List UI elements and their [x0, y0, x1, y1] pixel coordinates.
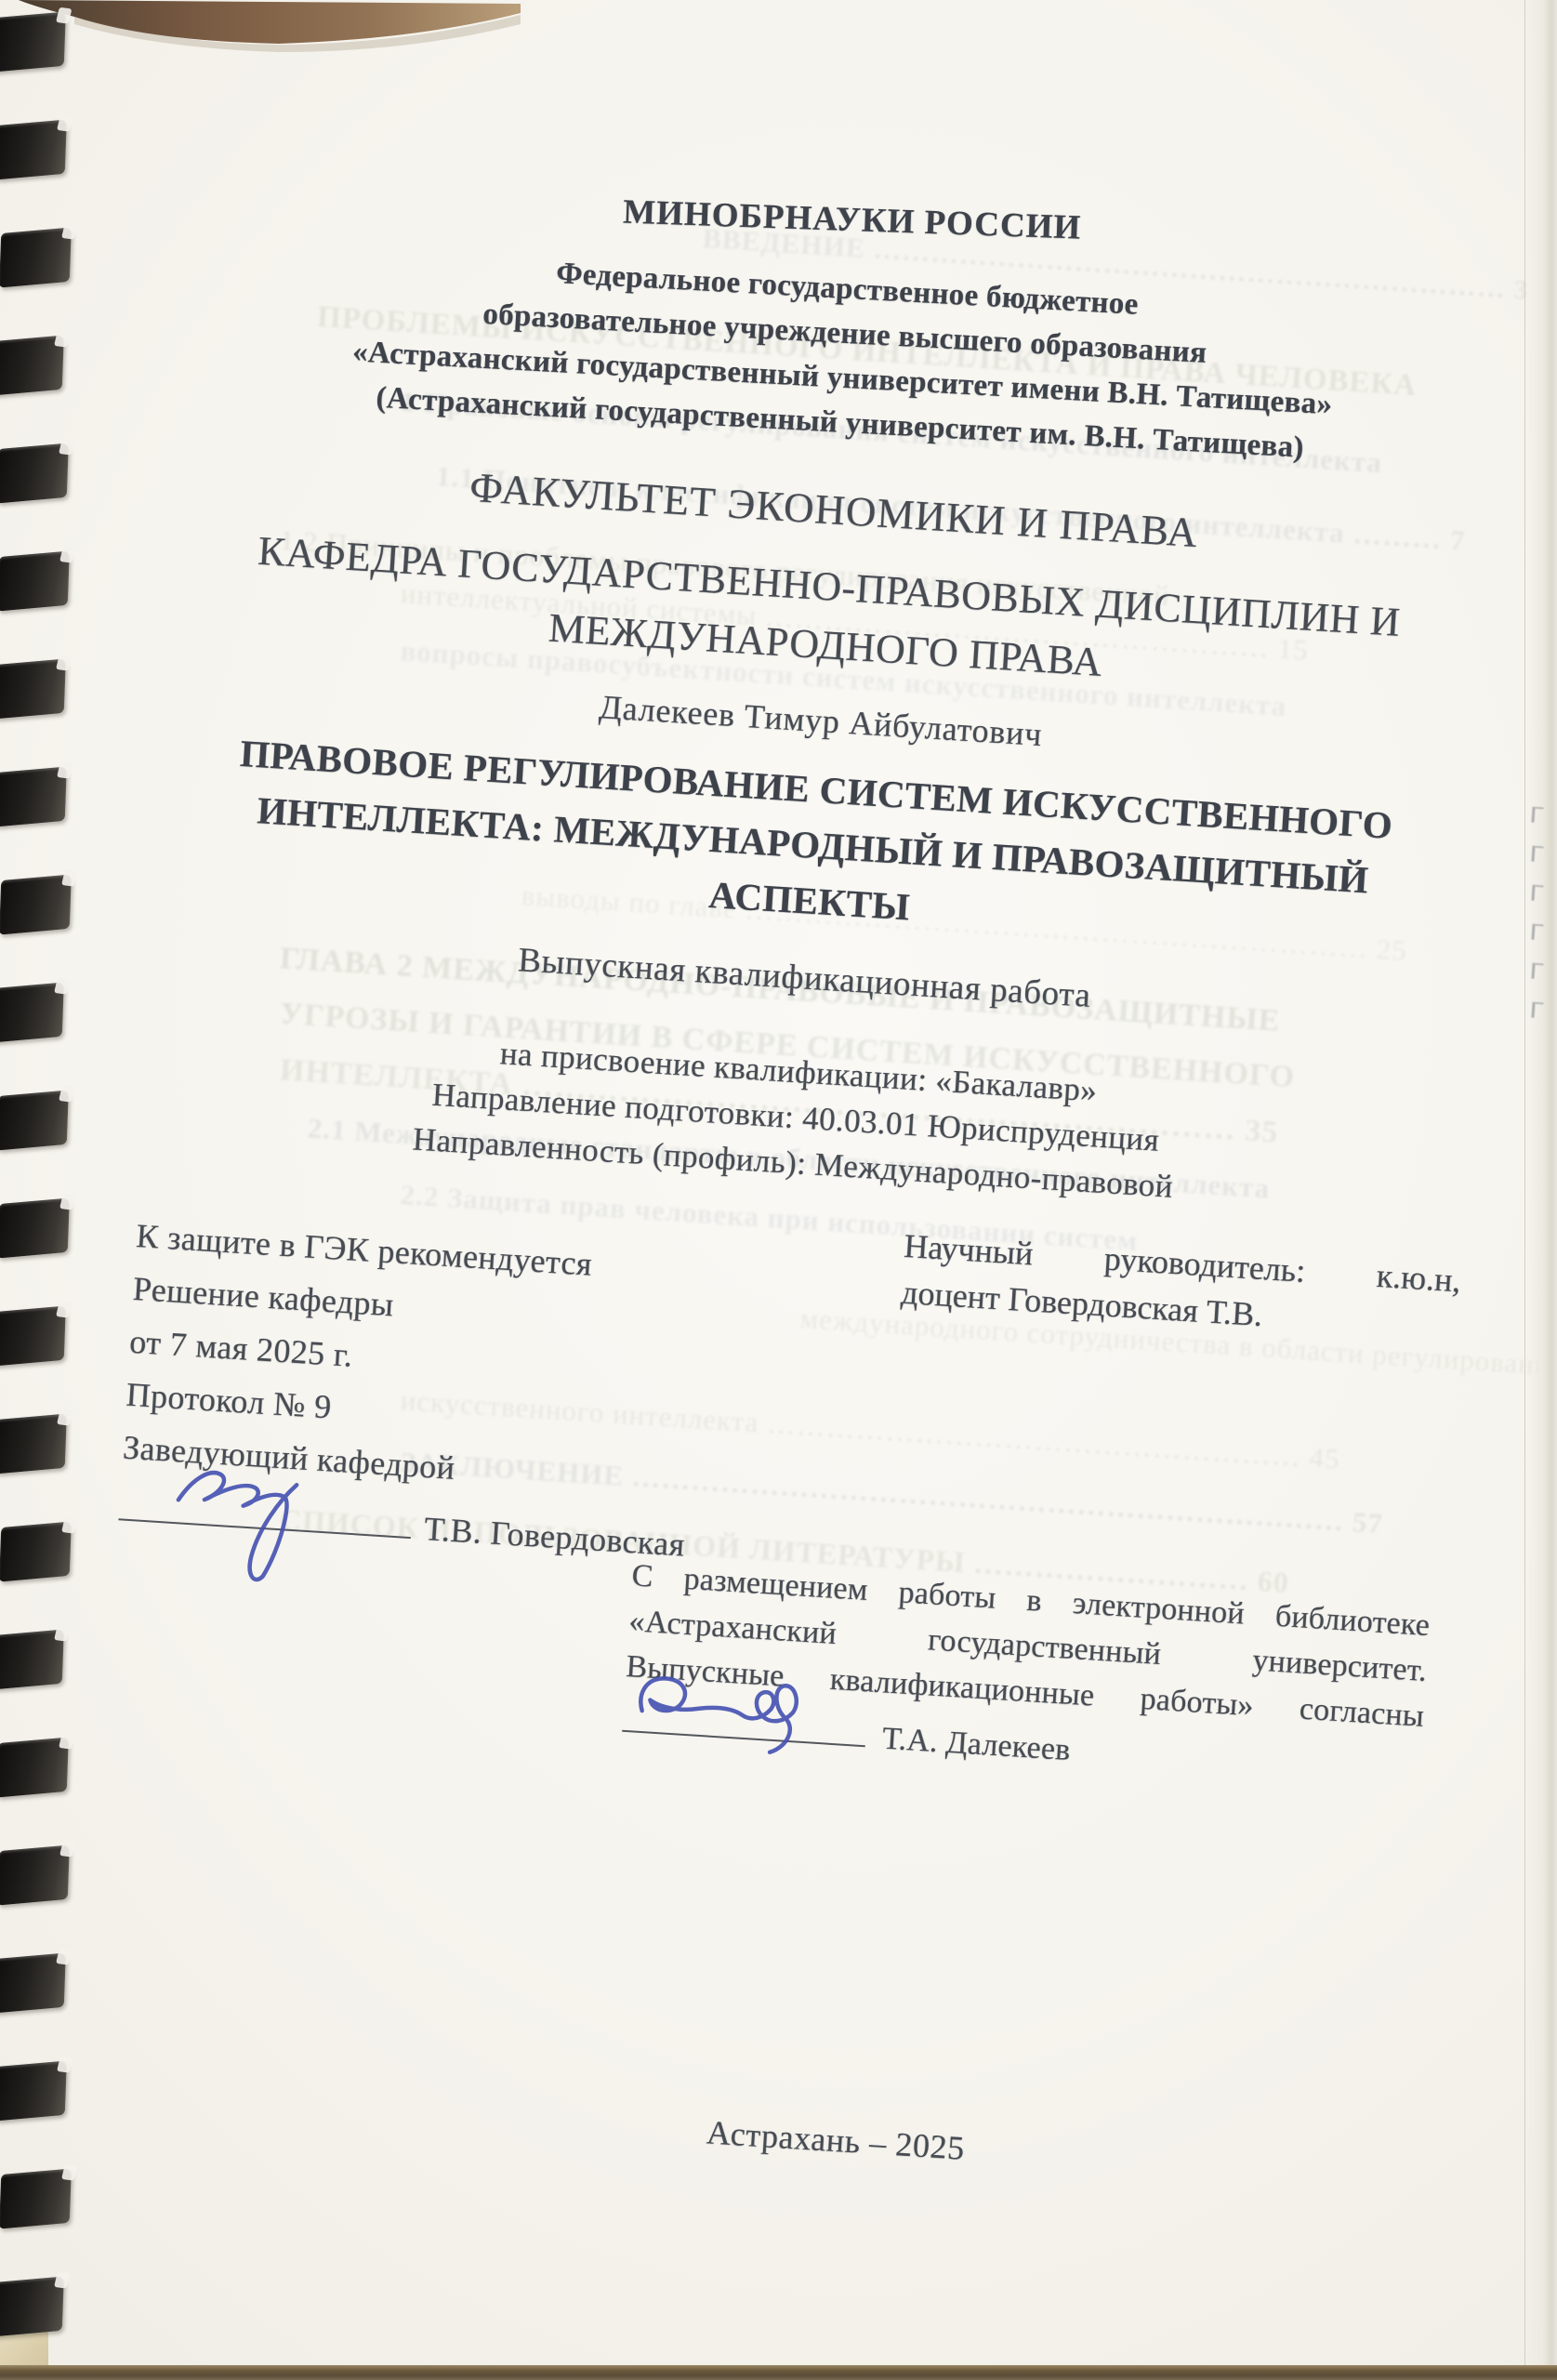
supervisor-block: Научный руководитель: к.ю.н, доцент Гове… [900, 1223, 1462, 1350]
scan-bottom-edge [0, 2365, 1557, 2380]
cutoff-glyph-mark [1531, 924, 1543, 941]
binding-tab [0, 1197, 70, 1258]
binding-tab [0, 874, 72, 934]
binding-tab [0, 2276, 64, 2336]
qualification-block: на присвоение квалификации: «Бакалавр» Н… [114, 1006, 1477, 1227]
binding-tab [0, 335, 64, 395]
binding-tab [0, 1737, 69, 1797]
binding-tab [0, 658, 66, 719]
binding-tab [0, 1413, 67, 1474]
document-content: МИНОБРНАУКИ РОССИИ Федеральное государст… [51, 0, 1543, 2235]
page-right-edge [1524, 0, 1557, 2380]
binding-tab [0, 550, 70, 611]
scanned-title-page: { "document": { "ministry": "МИНОБРНАУКИ… [0, 0, 1557, 2380]
binding-tab [0, 11, 66, 72]
binding-tab [0, 227, 72, 287]
consent-author-name: Т.А. Далекеев [881, 1715, 1072, 1773]
head-signature-icon [165, 1433, 347, 1592]
binding-tab [0, 119, 67, 179]
binding-tab [0, 2168, 72, 2228]
binding-tab [0, 1952, 66, 2013]
cutoff-glyph-mark [1531, 885, 1543, 902]
cutoff-glyph-mark [1531, 807, 1543, 824]
binding-tab [0, 982, 64, 1042]
institution-block: Федеральное государственное бюджетное об… [161, 230, 1525, 482]
approval-block: К защите в ГЭК рекомендуется Решение каф… [117, 1210, 732, 1580]
cutoff-glyph-mark [1531, 846, 1543, 863]
binding-tab [0, 766, 67, 826]
cutoff-glyph-mark [1531, 1002, 1543, 1019]
binding-tab [0, 443, 69, 503]
author-signature-icon [629, 1655, 850, 1779]
binding-tab [0, 1629, 64, 1689]
binding-tab [0, 1305, 66, 1366]
binding-tab [0, 1090, 69, 1150]
cutoff-glyph-mark [1531, 963, 1543, 980]
binding-tab [0, 1521, 72, 1581]
library-consent-block: С размещением работы в электронной библи… [621, 1553, 1432, 1805]
binding-tab [0, 1844, 70, 1905]
